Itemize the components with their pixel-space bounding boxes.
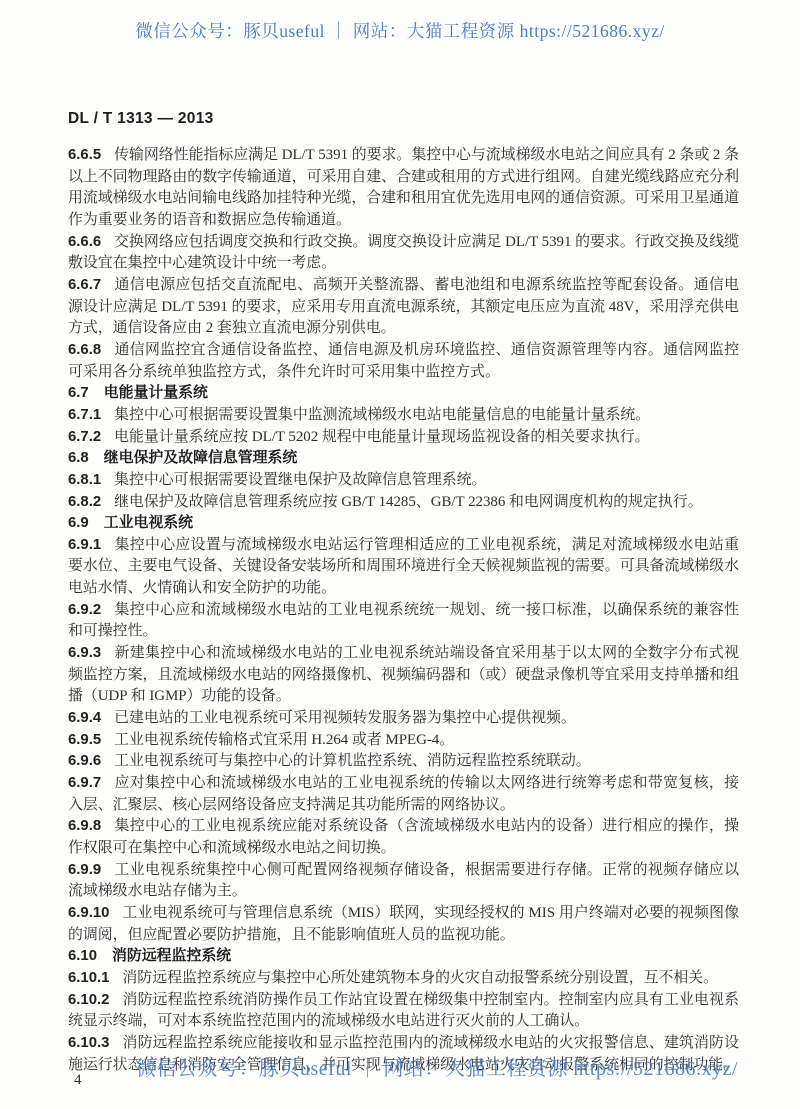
clause-number: 6.10.1 (68, 970, 109, 986)
clause-number: 6.6.8 (68, 342, 101, 358)
clause-paragraph: 6.9.7应对集控中心和流域梯级水电站的工业电视系统的传输以太网络进行统筹考虑和… (68, 773, 739, 816)
clause-paragraph: 6.9.4已建电站的工业电视系统可采用视频转发服务器为集控中心提供视频。 (68, 708, 739, 730)
clause-text: 工业电视系统集控中心侧可配置网络视频存储设备，根据需要进行存储。正常的视频存储应… (68, 862, 739, 900)
clause-text: 已建电站的工业电视系统可采用视频转发服务器为集控中心提供视频。 (114, 710, 576, 726)
clause-paragraph: 6.9.1集控中心应设置与流域梯级水电站运行管理相适应的工业电视系统，满足对流域… (68, 535, 739, 600)
clause-paragraph: 6.7.1集控中心可根据需要设置集中监测流域梯级水电站电能量信息的电能量计量系统… (68, 405, 739, 427)
clause-number: 6.9.8 (68, 818, 101, 834)
clause-paragraph: 6.10.2消防远程监控系统消防操作员工作站宜设置在梯级集中控制室内。控制室内应… (68, 990, 739, 1033)
clause-number: 6.9 (68, 515, 89, 531)
clause-number: 6.9.3 (68, 645, 101, 661)
clause-paragraph: 6.8.2继电保护及故障信息管理系统应按 GB/T 14285、GB/T 223… (68, 492, 739, 514)
clause-text: 新建集控中心和流域梯级水电站的工业电视系统站端设备宜采用基于以太网的全数字分布式… (68, 645, 739, 704)
clause-number: 6.8.2 (68, 494, 101, 510)
section-heading: 6.9工业电视系统 (68, 513, 739, 535)
clause-text: 集控中心应设置与流域梯级水电站运行管理相适应的工业电视系统，满足对流域梯级水电站… (68, 537, 739, 596)
clause-paragraph: 6.9.8集控中心的工业电视系统应能对系统设备（含流域梯级水电站内的设备）进行相… (68, 816, 739, 859)
clause-text: 继电保护及故障信息管理系统 (104, 450, 298, 466)
clause-text: 继电保护及故障信息管理系统应按 GB/T 14285、GB/T 22386 和电… (114, 494, 702, 510)
clause-text: 集控中心可根据需要设置集中监测流域梯级水电站电能量信息的电能量计量系统。 (114, 407, 650, 423)
clause-text: 工业电视系统 (104, 515, 193, 531)
clause-number: 6.9.10 (68, 905, 109, 921)
clause-text: 消防远程监控系统 (112, 948, 231, 964)
clause-paragraph: 6.9.9工业电视系统集控中心侧可配置网络视频存储设备，根据需要进行存储。正常的… (68, 860, 739, 903)
clause-text: 通信网监控宜含通信设备监控、通信电源及机房环境监控、通信资源管理等内容。通信网监… (68, 342, 739, 380)
clause-paragraph: 6.9.3新建集控中心和流域梯级水电站的工业电视系统站端设备宜采用基于以太网的全… (68, 643, 739, 708)
clause-number: 6.10 (68, 948, 97, 964)
clause-number: 6.9.1 (68, 537, 101, 553)
clause-text: 工业电视系统可与集控中心的计算机监控系统、消防远程监控系统联动。 (114, 753, 591, 769)
clause-text: 集控中心的工业电视系统应能对系统设备（含流域梯级水电站内的设备）进行相应的操作，… (68, 818, 739, 856)
clause-text: 工业电视系统可与管理信息系统（MIS）联网，实现经授权的 MIS 用户终端对必要… (68, 905, 739, 943)
clause-paragraph: 6.9.10工业电视系统可与管理信息系统（MIS）联网，实现经授权的 MIS 用… (68, 903, 739, 946)
standard-number-header: DL / T 1313 — 2013 (68, 110, 214, 128)
clause-text: 消防远程监控系统消防操作员工作站宜设置在梯级集中控制室内。控制室内应具有工业电视… (68, 992, 739, 1030)
clause-text: 消防远程监控系统应与集控中心所处建筑物本身的火灾自动报警系统分别设置，互不相关。 (122, 970, 718, 986)
clause-number: 6.6.6 (68, 234, 101, 250)
clause-text: 交换网络应包括调度交换和行政交换。调度交换设计应满足 DL/T 5391 的要求… (68, 234, 739, 272)
clause-number: 6.10.3 (68, 1035, 109, 1051)
clause-paragraph: 6.8.1集控中心可根据需要设置继电保护及故障信息管理系统。 (68, 470, 739, 492)
clause-paragraph: 6.9.6工业电视系统可与集控中心的计算机监控系统、消防远程监控系统联动。 (68, 751, 739, 773)
clause-number: 6.9.9 (68, 862, 101, 878)
clause-paragraph: 6.6.6交换网络应包括调度交换和行政交换。调度交换设计应满足 DL/T 539… (68, 232, 739, 275)
clause-paragraph: 6.6.5传输网络性能指标应满足 DL/T 5391 的要求。集控中心与流域梯级… (68, 145, 739, 232)
section-heading: 6.8继电保护及故障信息管理系统 (68, 448, 739, 470)
section-heading: 6.7电能量计量系统 (68, 383, 739, 405)
clause-number: 6.10.2 (68, 992, 109, 1008)
clause-number: 6.9.7 (68, 775, 101, 791)
document-body: 6.6.5传输网络性能指标应满足 DL/T 5391 的要求。集控中心与流域梯级… (68, 145, 739, 1076)
clause-number: 6.9.6 (68, 753, 101, 769)
clause-paragraph: 6.7.2电能量计量系统应按 DL/T 5202 规程中电能量计量现场监视设备的… (68, 427, 739, 449)
watermark-top: 微信公众号：豚贝useful ｜ 网站：大猫工程资源 https://52168… (0, 18, 800, 43)
clause-number: 6.9.5 (68, 732, 101, 748)
clause-number: 6.7 (68, 385, 89, 401)
clause-number: 6.8.1 (68, 472, 101, 488)
clause-text: 工业电视系统传输格式宜采用 H.264 或者 MPEG-4。 (114, 732, 454, 748)
clause-number: 6.6.7 (68, 277, 101, 293)
clause-number: 6.9.4 (68, 710, 101, 726)
clause-paragraph: 6.6.8通信网监控宜含通信设备监控、通信电源及机房环境监控、通信资源管理等内容… (68, 340, 739, 383)
clause-text: 传输网络性能指标应满足 DL/T 5391 的要求。集控中心与流域梯级水电站之间… (68, 147, 739, 228)
clause-text: 应对集控中心和流域梯级水电站的工业电视系统的传输以太网络进行统筹考虑和带宽复核，… (68, 775, 739, 813)
clause-number: 6.7.2 (68, 429, 101, 445)
clause-paragraph: 6.9.5工业电视系统传输格式宜采用 H.264 或者 MPEG-4。 (68, 730, 739, 752)
clause-text: 集控中心可根据需要设置继电保护及故障信息管理系统。 (114, 472, 486, 488)
section-heading: 6.10消防远程监控系统 (68, 946, 739, 968)
clause-paragraph: 6.9.2集控中心应和流域梯级水电站的工业电视系统统一规划、统一接口标准，以确保… (68, 600, 739, 643)
document-page: 微信公众号：豚贝useful ｜ 网站：大猫工程资源 https://52168… (0, 0, 800, 1109)
clause-text: 电能量计量系统 (104, 385, 208, 401)
watermark-bottom: 微信公众号：豚贝useful ｜ 网站：大猫工程资源 https://52168… (136, 1052, 738, 1081)
clause-number: 6.6.5 (68, 147, 101, 163)
clause-paragraph: 6.6.7通信电源应包括交直流配电、高频开关整流器、蓄电池组和电源系统监控等配套… (68, 275, 739, 340)
clause-text: 集控中心应和流域梯级水电站的工业电视系统统一规划、统一接口标准，以确保系统的兼容… (68, 602, 739, 640)
clause-text: 通信电源应包括交直流配电、高频开关整流器、蓄电池组和电源系统监控等配套设备。通信… (68, 277, 739, 336)
clause-paragraph: 6.10.1消防远程监控系统应与集控中心所处建筑物本身的火灾自动报警系统分别设置… (68, 968, 739, 990)
clause-number: 6.9.2 (68, 602, 101, 618)
clause-number: 6.7.1 (68, 407, 101, 423)
page-number: 4 (74, 1072, 82, 1089)
clause-number: 6.8 (68, 450, 89, 466)
clause-text: 电能量计量系统应按 DL/T 5202 规程中电能量计量现场监视设备的相关要求执… (114, 429, 649, 445)
